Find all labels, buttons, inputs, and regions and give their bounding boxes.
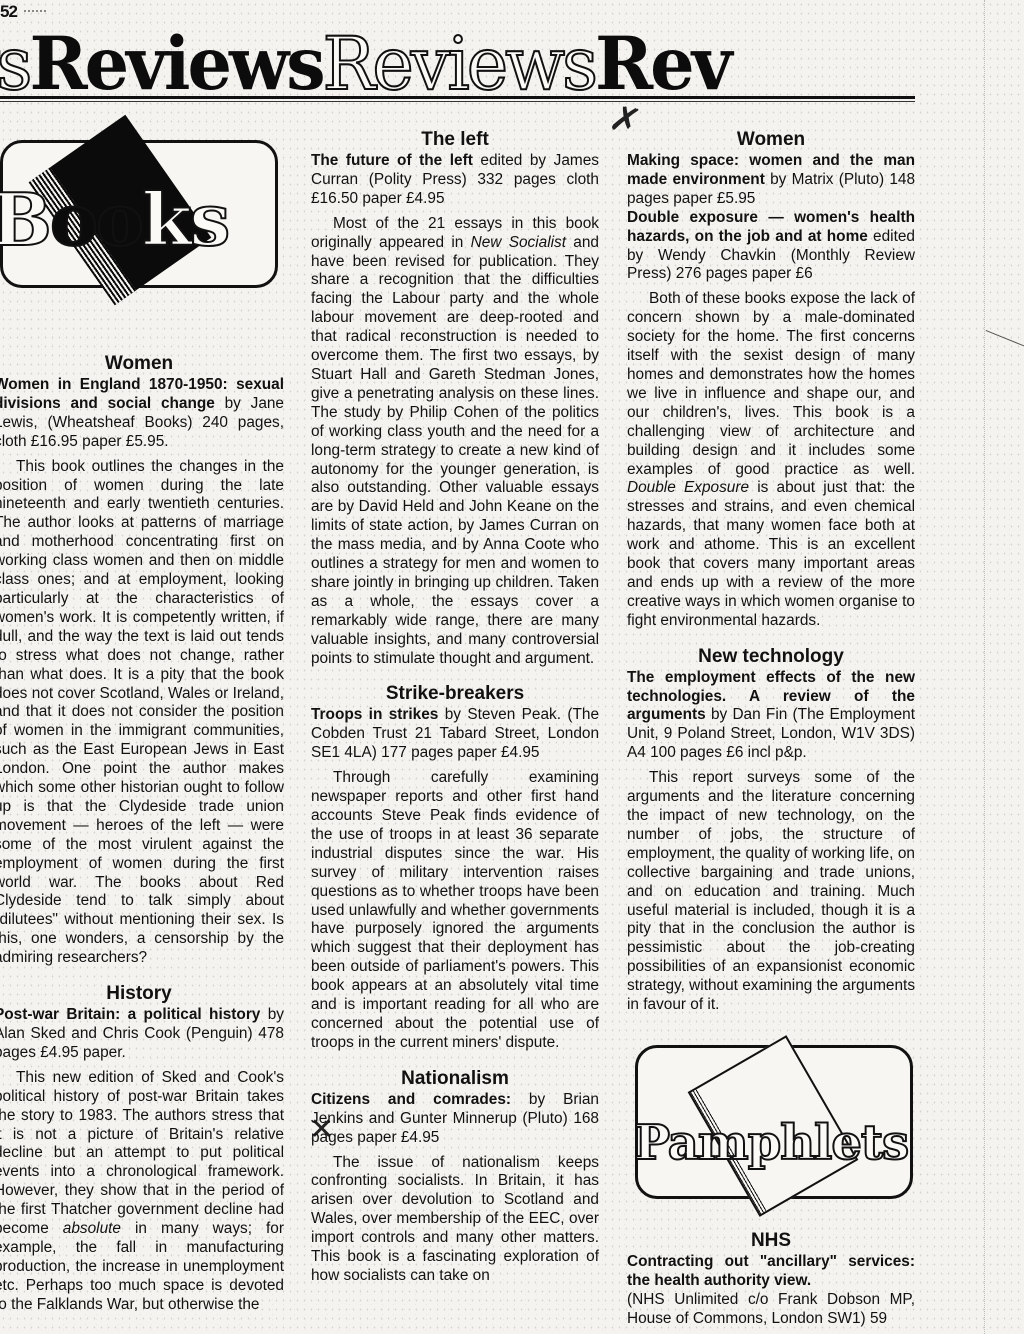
stray-mark bbox=[986, 330, 1024, 350]
books-logo-text: Books bbox=[0, 211, 228, 230]
review-future-of-the-left: The left The future of the left edited b… bbox=[311, 128, 599, 668]
review-post-war-britain: History Post-war Britain: a political hi… bbox=[0, 982, 284, 1315]
review-nhs-contracting-out: NHS Contracting out "ancillary" services… bbox=[627, 1229, 915, 1329]
masthead-rule bbox=[0, 96, 915, 99]
pamphlets-logo: Pamphlets bbox=[635, 1045, 913, 1199]
section-heading: New technology bbox=[627, 645, 915, 669]
book-title: The future of the left bbox=[311, 152, 473, 169]
review-body: This book outlines the changes in the po… bbox=[0, 458, 284, 968]
section-heading: The left bbox=[311, 128, 599, 152]
masthead-rule-thin bbox=[0, 101, 915, 102]
book-citation: Troops in strikes by Steven Peak. (The C… bbox=[311, 706, 599, 763]
reviews-masthead: vsReviewsReviewsRev bbox=[0, 28, 920, 100]
page-number: 52 bbox=[0, 2, 17, 22]
section-heading: Women bbox=[0, 352, 284, 376]
column-1: Books Women Women in England 1870-1950: … bbox=[0, 140, 284, 1315]
review-women-england: Women Women in England 1870-1950: sexual… bbox=[0, 352, 284, 968]
review-troops-in-strikes: Strike-breakers Troops in strikes by Ste… bbox=[311, 682, 599, 1052]
book-citation: The future of the left edited by James C… bbox=[311, 152, 599, 209]
section-heading: Nationalism bbox=[311, 1067, 599, 1091]
book-citation: Making space: women and the man made env… bbox=[627, 152, 915, 209]
page-edge bbox=[984, 0, 985, 1334]
page-number-leader bbox=[24, 10, 46, 12]
masthead-fragment: vs bbox=[0, 28, 29, 100]
review-body: The issue of nationalism keeps confronti… bbox=[311, 1154, 599, 1286]
book-title: Post-war Britain: a political history bbox=[0, 1006, 260, 1023]
review-citizens-and-comrades: Nationalism Citizens and comrades: by Br… bbox=[311, 1067, 599, 1286]
masthead-word-solid: Reviews bbox=[29, 28, 322, 100]
book-citation: Women in England 1870-1950: sexual divis… bbox=[0, 376, 284, 452]
review-body: Through carefully examining newspaper re… bbox=[311, 769, 599, 1053]
book-citation: The employment effects of the new techno… bbox=[627, 669, 915, 764]
book-citation: Post-war Britain: a political history by… bbox=[0, 1006, 284, 1063]
book-title: Troops in strikes bbox=[311, 706, 438, 723]
review-new-technology: New technology The employment effects of… bbox=[627, 645, 915, 1015]
book-citation: Citizens and comrades: by Brian Jenkins … bbox=[311, 1091, 599, 1148]
pamphlet-title: Contracting out "ancillary" services: th… bbox=[627, 1253, 915, 1289]
review-body: This new edition of Sked and Cook's poli… bbox=[0, 1069, 284, 1315]
pamphlets-logo-text: Pamphlets bbox=[634, 1134, 908, 1153]
section-heading: Women bbox=[627, 128, 915, 152]
masthead-fragment-solid: Rev bbox=[595, 28, 729, 100]
review-body: Most of the 21 essays in this book origi… bbox=[311, 215, 599, 669]
books-logo: Books bbox=[0, 140, 278, 288]
masthead-word-outline: Reviews bbox=[323, 28, 595, 100]
review-making-space: Women Making space: women and the man ma… bbox=[627, 128, 915, 631]
column-2: The left The future of the left edited b… bbox=[311, 128, 599, 1286]
pamphlet-citation: Contracting out "ancillary" services: th… bbox=[627, 1253, 915, 1329]
book-title: Citizens and comrades: bbox=[311, 1091, 511, 1108]
column-3: Women Making space: women and the man ma… bbox=[627, 128, 915, 1329]
section-heading: Strike-breakers bbox=[311, 682, 599, 706]
section-heading: NHS bbox=[627, 1229, 915, 1253]
review-body: This report surveys some of the argument… bbox=[627, 769, 915, 1015]
book-citation: Double exposure — women's health hazards… bbox=[627, 209, 915, 285]
section-heading: History bbox=[0, 982, 284, 1006]
review-body: Both of these books expose the lack of c… bbox=[627, 290, 915, 630]
